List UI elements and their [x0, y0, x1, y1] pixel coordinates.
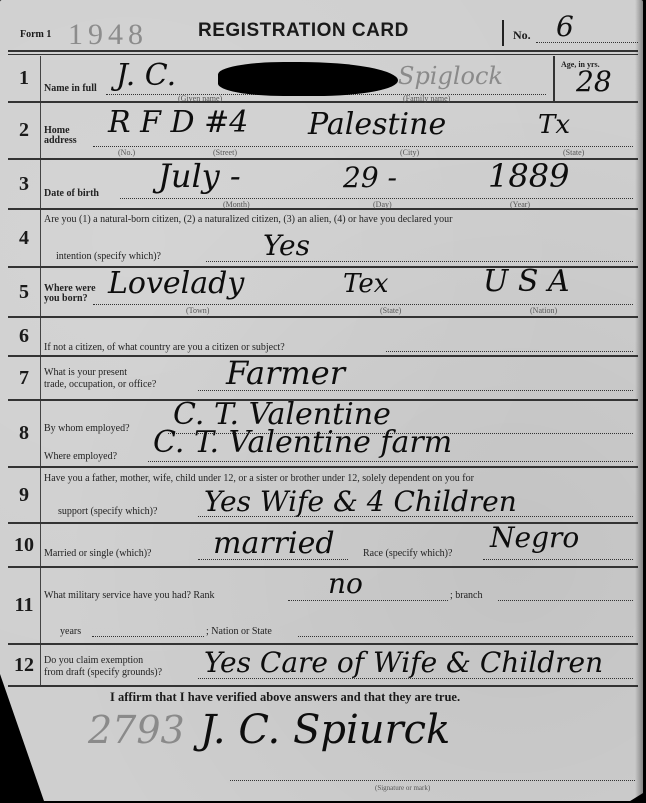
- row-dependents: 9 Have you a father, mother, wife, child…: [8, 468, 638, 524]
- row-birthplace: 5 Where were you born? Lovelady Tex U S …: [8, 268, 638, 318]
- pencil-note: 2793: [88, 718, 185, 742]
- row-number: 3: [8, 160, 41, 208]
- row-home-address: 2 Home address R F D #4 Palestine Tx (No…: [8, 103, 638, 160]
- header-rule-thin: [8, 54, 638, 55]
- race-line: [483, 559, 633, 560]
- military-branch-line: [498, 600, 633, 601]
- row-number: 2: [8, 103, 41, 158]
- given-name-value: J. C.: [116, 64, 176, 88]
- where-employed-label: Where employed?: [44, 451, 117, 462]
- where-employed-value: C. T. Valentine farm: [153, 431, 452, 455]
- row-date-of-birth: 3 Date of birth July - 29 - 1889 (Month)…: [8, 160, 638, 210]
- citizenship-value: Yes: [263, 234, 310, 258]
- military-rank-label: What military service have you had? Rank: [44, 590, 215, 601]
- stamp-year: 1948: [68, 18, 148, 52]
- birthplace-state-value: Tex: [343, 272, 388, 296]
- dependents-support-label: support (specify which)?: [58, 506, 157, 517]
- dependents-value: Yes Wife & 4 Children: [204, 490, 517, 514]
- row-number: 1: [8, 56, 41, 101]
- form-label: Form 1: [20, 29, 51, 40]
- employer-label: By whom employed?: [44, 423, 130, 434]
- military-years-label: years: [60, 626, 81, 637]
- row-exemption: 12 Do you claim exemption from draft (sp…: [8, 645, 638, 687]
- dependents-question: Have you a father, mother, wife, child u…: [44, 473, 474, 484]
- race-label: Race (specify which)?: [363, 548, 452, 559]
- row-citizenship: 4 Are you (1) a natural-born citizen, (2…: [8, 210, 638, 268]
- dob-day-value: 29 -: [343, 166, 397, 190]
- occupation-label-1: What is your present: [44, 367, 127, 378]
- age-value: 28: [576, 70, 612, 94]
- where-employed-line: [148, 461, 633, 462]
- birthplace-line: [93, 304, 633, 305]
- row-number: 5: [8, 268, 41, 316]
- military-nation-label: ; Nation or State: [206, 626, 272, 637]
- row-number: 6: [8, 318, 41, 355]
- given-name-sub: (Given name): [178, 94, 222, 103]
- row-number: 7: [8, 357, 41, 399]
- redaction-mark: [218, 62, 398, 96]
- birthplace-town-value: Lovelady: [108, 272, 244, 296]
- address-street-sub: (Street): [213, 148, 237, 157]
- header-rule: [8, 50, 638, 52]
- address-no-street-value: R F D #4: [108, 111, 248, 135]
- row-number: 12: [8, 645, 41, 685]
- military-nation-line: [298, 636, 633, 637]
- marital-label: Married or single (which)?: [44, 548, 151, 559]
- family-name-sub: (Family name): [403, 94, 450, 103]
- address-no-sub: (No.): [118, 148, 135, 157]
- age-divider: [553, 56, 555, 101]
- card-title: REGISTRATION CARD: [198, 20, 409, 42]
- family-name-faint: Spiglock: [398, 64, 503, 88]
- exemption-label-1: Do you claim exemption: [44, 655, 143, 666]
- address-city-sub: (City): [400, 148, 419, 157]
- employer-value: C. T. Valentine: [173, 403, 391, 427]
- military-years-line: [92, 636, 204, 637]
- birthplace-town-sub: (Town): [186, 306, 209, 315]
- address-state-value: Tx: [538, 113, 570, 137]
- military-rank-line: [288, 600, 448, 601]
- dob-month-value: July -: [158, 164, 241, 188]
- dob-month-sub: (Month): [223, 200, 250, 209]
- card-number-value: 6: [556, 10, 574, 43]
- row-number: 4: [8, 210, 41, 266]
- row-military-service: 11 What military service have you had? R…: [8, 568, 638, 645]
- header-divider: [502, 20, 504, 46]
- birthplace-nation-value: U S A: [483, 270, 570, 294]
- row-number: 10: [8, 524, 41, 566]
- row-occupation: 7 What is your present trade, occupation…: [8, 357, 638, 401]
- signature: J. C. Spiurck: [200, 718, 450, 742]
- registration-card: Form 1 1948 REGISTRATION CARD No. 6 1 Na…: [0, 0, 643, 801]
- foreign-citizenship-label: If not a citizen, of what country are yo…: [44, 342, 285, 353]
- signature-sub: (Signature or mark): [375, 784, 430, 792]
- dob-year-sub: (Year): [510, 200, 530, 209]
- address-line: [93, 146, 633, 147]
- affirmation-text: I affirm that I have verified above answ…: [110, 690, 460, 705]
- row-foreign-citizenship: 6 If not a citizen, of what country are …: [8, 318, 638, 357]
- occupation-label-2: trade, occupation, or office?: [44, 379, 156, 390]
- row-employer: 8 By whom employed? C. T. Valentine Wher…: [8, 401, 638, 468]
- marital-value: married: [213, 532, 335, 556]
- birthplace-nation-sub: (Nation): [530, 306, 557, 315]
- name-label: Name in full: [44, 83, 97, 94]
- military-branch-label: ; branch: [450, 590, 483, 601]
- address-label: address: [44, 135, 77, 146]
- dob-year-value: 1889: [488, 164, 569, 188]
- row-number: 11: [8, 568, 41, 643]
- row-number: 9: [8, 468, 41, 522]
- address-city-value: Palestine: [308, 113, 446, 137]
- dob-label: Date of birth: [44, 188, 99, 199]
- birthplace-state-sub: (State): [380, 306, 401, 315]
- military-rank-value: no: [328, 572, 363, 596]
- card-number-line: [536, 42, 638, 43]
- citizenship-intention-label: intention (specify which)?: [56, 251, 161, 262]
- address-state-sub: (State): [563, 148, 584, 157]
- occupation-value: Farmer: [226, 361, 345, 385]
- row-marital-race: 10 Married or single (which)? married Ra…: [8, 524, 638, 568]
- dob-day-sub: (Day): [373, 200, 392, 209]
- birthplace-label-2: you born?: [44, 293, 88, 304]
- foreign-citizenship-line: [386, 351, 633, 352]
- row-number: 8: [8, 401, 41, 466]
- dob-line: [120, 198, 633, 199]
- exemption-label-2: from draft (specify grounds)?: [44, 667, 162, 678]
- exemption-value: Yes Care of Wife & Children: [204, 651, 603, 675]
- race-value: Negro: [490, 526, 579, 550]
- row-name: 1 Name in full J. C. Spiglock (Given nam…: [8, 56, 638, 103]
- signature-line: [230, 780, 635, 781]
- card-number-label: No.: [513, 28, 531, 43]
- citizenship-question: Are you (1) a natural-born citizen, (2) …: [44, 214, 452, 225]
